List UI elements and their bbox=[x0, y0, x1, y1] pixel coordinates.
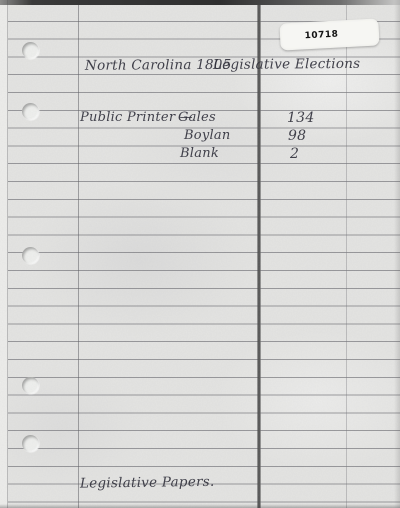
entry-row: Boylan 98 bbox=[0, 128, 400, 145]
center-vertical-rule bbox=[257, 0, 261, 508]
punch-hole bbox=[22, 435, 39, 452]
left-margin-rule bbox=[78, 0, 79, 508]
scanned-document-page: 10718 North Carolina 1805 Legislative El… bbox=[0, 0, 400, 508]
heading-line: North Carolina 1805 Legislative Election… bbox=[0, 56, 400, 76]
entry-votes: 98 bbox=[288, 128, 306, 144]
entry-row: Public Printer — Gales 134 bbox=[0, 110, 400, 127]
heading-subject: Legislative Elections bbox=[213, 56, 360, 73]
entry-name: Gales bbox=[178, 110, 216, 126]
archival-label-number: 10718 bbox=[304, 29, 338, 41]
entry-name: Blank bbox=[180, 146, 219, 162]
entry-name: Boylan bbox=[184, 128, 231, 144]
ruled-lines bbox=[7, 4, 400, 505]
scan-right-edge bbox=[394, 0, 400, 508]
entry-category: Public Printer — bbox=[80, 110, 193, 126]
entry-votes: 134 bbox=[287, 110, 314, 126]
entry-votes: 2 bbox=[290, 146, 299, 162]
punch-hole bbox=[22, 42, 39, 59]
scan-bottom-edge bbox=[0, 504, 400, 508]
footer-note: Legislative Papers. bbox=[80, 474, 215, 492]
punch-hole bbox=[22, 377, 39, 394]
archival-label: 10718 bbox=[279, 18, 379, 50]
entry-row: Blank 2 bbox=[0, 146, 400, 163]
heading-place-year: North Carolina 1805 bbox=[85, 57, 232, 74]
right-column-rule bbox=[346, 0, 347, 508]
punch-hole bbox=[22, 247, 39, 264]
scan-top-edge bbox=[0, 0, 400, 5]
scan-left-edge bbox=[0, 0, 8, 508]
